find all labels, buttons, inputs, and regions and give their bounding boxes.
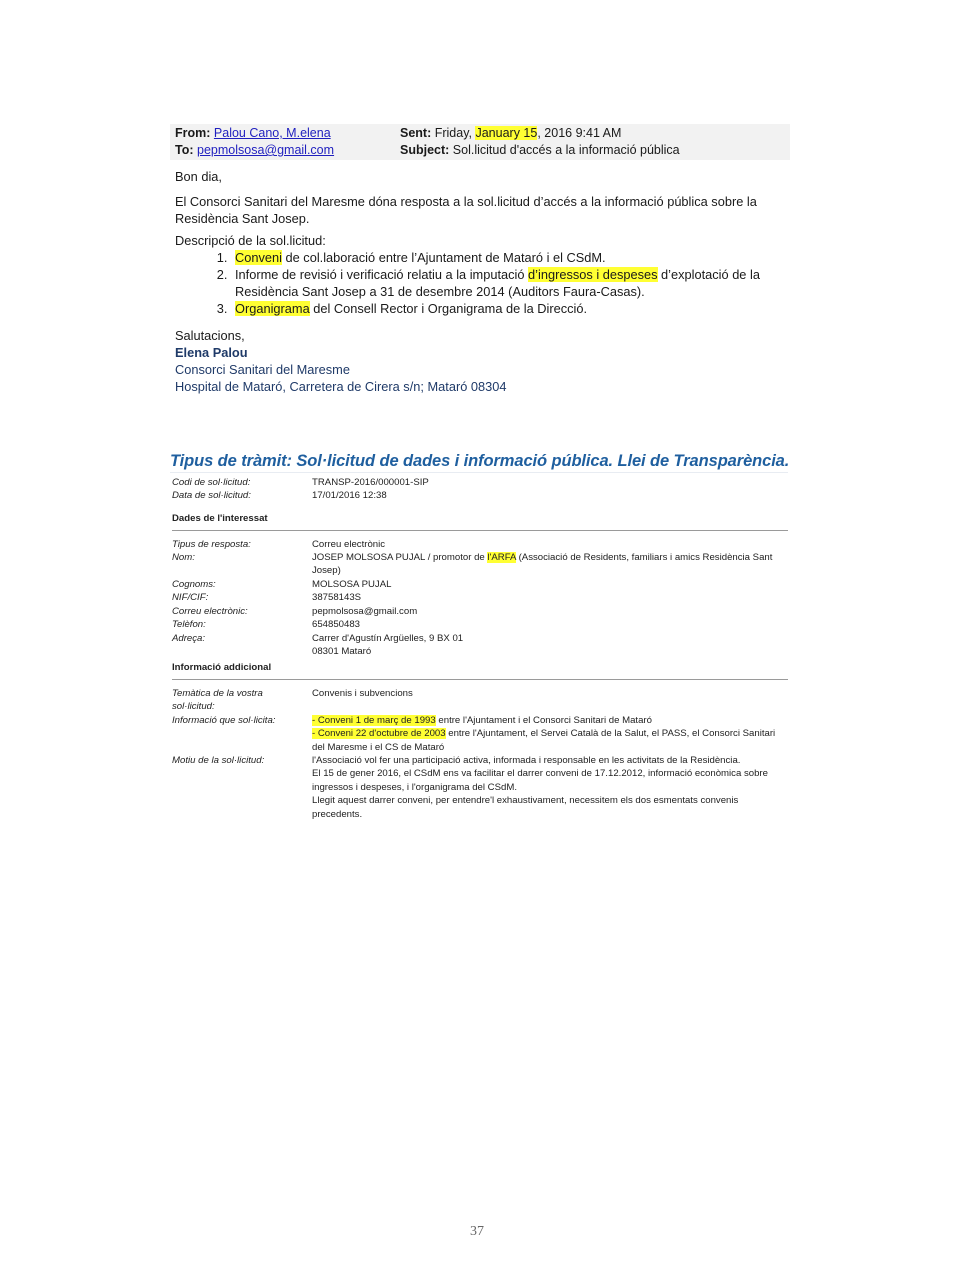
info-label: Informació que sol·licita: — [172, 714, 307, 727]
correu-value: pepmolsosa@gmail.com — [312, 605, 788, 618]
arfa-highlight: l'ARFA — [487, 552, 516, 563]
highlight: Organigrama — [235, 301, 310, 316]
cognoms-label: Cognoms: — [172, 578, 307, 591]
telefon-label: Telèfon: — [172, 618, 307, 631]
motiu-value: l'Associació vol fer una participació ac… — [312, 754, 788, 821]
sent-pre: Friday, — [435, 126, 476, 140]
email-subject: Subject: Sol.licitud d'accés a la inform… — [400, 143, 680, 157]
correu-label: Correu electrònic: — [172, 605, 307, 618]
subject-value: Sol.licitud d'accés a la informació públ… — [453, 143, 680, 157]
subject-label: Subject: — [400, 143, 449, 157]
sent-date-highlight: January 15 — [475, 126, 537, 140]
section-interessat: Dades de l'interessat — [172, 512, 268, 525]
email-header: From: Palou Cano, M.elena To: pepmolsosa… — [170, 124, 790, 160]
conveni-1993-highlight: - Conveni 1 de març de 1993 — [312, 715, 436, 726]
page-number: 37 — [0, 1224, 954, 1240]
tipus-resposta-label: Tipus de resposta: — [172, 538, 307, 551]
tematica-label: Temàtica de la vostra sol·licitud: — [172, 687, 282, 714]
from-label: From: — [175, 126, 210, 140]
closing: Salutacions, — [175, 327, 775, 344]
email-sent: Sent: Friday, January 15, 2016 9:41 AM — [400, 126, 621, 140]
form-title: Tipus de tràmit: Sol·licitud de dades i … — [170, 452, 789, 471]
tematica-value: Convenis i subvencions — [312, 687, 788, 700]
request-item: Organigrama del Consell Rector i Organig… — [231, 300, 775, 317]
to-label: To: — [175, 143, 194, 157]
cognoms-value: MOLSOSA PUJAL — [312, 578, 788, 591]
intro-paragraph: El Consorci Sanitari del Maresme dóna re… — [175, 193, 775, 227]
codi-label: Codi de sol·licitud: — [172, 476, 307, 489]
telefon-value: 654850483 — [312, 618, 788, 631]
highlight: Conveni — [235, 250, 282, 265]
adreca-label: Adreça: — [172, 632, 307, 645]
to-link[interactable]: pepmolsosa@gmail.com — [197, 143, 334, 157]
data-label: Data de sol·licitud: — [172, 489, 307, 502]
request-item: Informe de revisió i verificació relatiu… — [231, 266, 775, 300]
nif-value: 38758143S — [312, 591, 788, 604]
request-list: Conveni de col.laboració entre l’Ajuntam… — [175, 249, 775, 317]
section-divider — [172, 530, 788, 531]
nom-value: JOSEP MOLSOSA PUJAL / promotor de l'ARFA… — [312, 551, 788, 578]
sent-label: Sent: — [400, 126, 431, 140]
email-to: To: pepmolsosa@gmail.com — [175, 143, 334, 157]
tipus-resposta-value: Correu electrònic — [312, 538, 788, 551]
signature-name: Elena Palou — [175, 344, 775, 361]
email-from: From: Palou Cano, M.elena — [175, 126, 331, 140]
nif-label: NIF/CIF: — [172, 591, 307, 604]
description-heading: Descripció de la sol.licitud: — [175, 232, 775, 249]
title-divider — [170, 472, 788, 473]
codi-value: TRANSP-2016/000001-SIP — [312, 476, 788, 489]
motiu-label: Motiu de la sol·licitud: — [172, 754, 307, 767]
greeting: Bon dia, — [175, 168, 775, 185]
from-link[interactable]: Palou Cano, M.elena — [214, 126, 331, 140]
signature-address: Hospital de Mataró, Carretera de Cirera … — [175, 378, 775, 395]
section-divider — [172, 679, 788, 680]
adreca-value: Carrer d'Agustín Argüelles, 9 BX 0108301… — [312, 632, 788, 659]
info-value: - Conveni 1 de març de 1993 entre l'Ajun… — [312, 714, 788, 754]
sent-post: , 2016 9:41 AM — [537, 126, 621, 140]
request-item: Conveni de col.laboració entre l’Ajuntam… — [231, 249, 775, 266]
nom-label: Nom: — [172, 551, 307, 564]
highlight: d’ingressos i despeses — [528, 267, 657, 282]
email-body: Bon dia, El Consorci Sanitari del Maresm… — [175, 168, 775, 395]
section-addicional: Informació addicional — [172, 661, 271, 674]
conveni-2003-highlight: - Conveni 22 d'octubre de 2003 — [312, 728, 446, 739]
signature-org: Consorci Sanitari del Maresme — [175, 361, 775, 378]
data-value: 17/01/2016 12:38 — [312, 489, 788, 502]
